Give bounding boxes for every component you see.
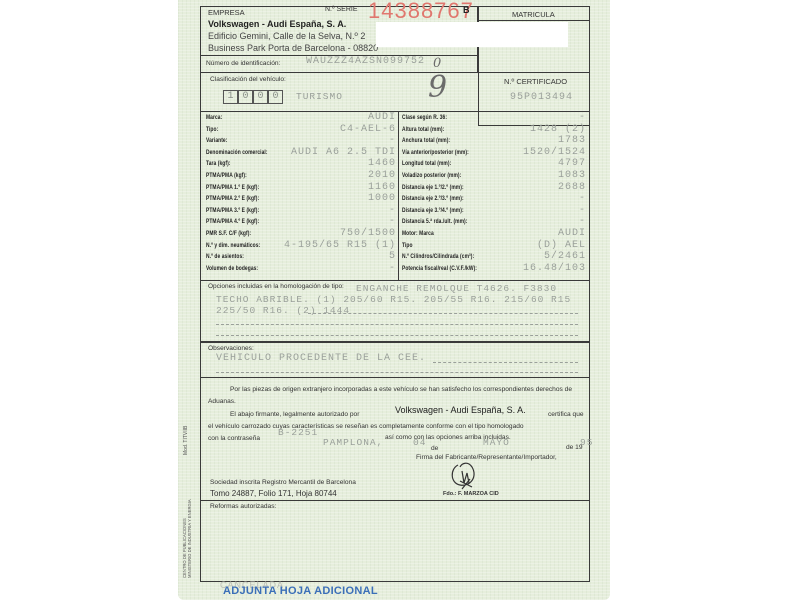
spec-label: Altura total (mm): [402,126,444,133]
spec-label: Tipo: [206,126,218,133]
place: PAMPLONA, [323,437,383,448]
vehicle-technical-card: EMPRESA Volkswagen - Audi España, S. A. … [178,0,610,600]
class-code-2: 0 [238,90,253,104]
spec-label: PTMA/PMA 3.º E (kgf): [206,207,259,214]
spec-label: PTMA/PMA 2.º E (kgf): [206,195,259,202]
spec-value: 1428 (2) [530,124,586,135]
identification-label: Número de identificación: [206,60,280,67]
serie-label: N.º SERIE [325,6,358,13]
spec-label: Vía anterior/posterior (mm): [402,149,469,156]
spec-value: AUDI [368,112,396,123]
adjunta-hoja-stamp: ADJUNTA HOJA ADICIONAL [223,585,378,597]
class-code-3: 0 [253,90,268,104]
spec-label: Marca: [206,114,222,121]
spec-label: PTMA/PMA 4.º E (kgf): [206,218,259,225]
classification-label: Clasificación del vehículo: [210,76,286,83]
spec-value: AUDI [558,228,586,239]
publisher-text: CENTRO DE PUBLICACIONES MINISTERIO DE IN… [182,498,192,578]
spec-value: 2010 [368,170,396,181]
spec-label: N.º Cilindros/Cilindrada (cm³): [402,253,474,260]
spec-label: Distancia 5.ª rda./ult. (mm): [402,218,467,225]
spec-label: Distancia eje 3.º/4.º (mm): [402,207,464,214]
vehicle-type: TURISMO [296,91,343,102]
spec-value: (D) AEL [537,240,586,251]
options-line-1: ENGANCHE REMOLQUE T4626. F3830 [356,283,557,294]
spec-value: 1520/1524 [523,147,586,158]
spec-value: - [579,205,586,216]
company-name: Volkswagen - Audi España, S. A. [208,19,346,29]
spec-value: 1783 [558,135,586,146]
spec-label: Longitud total (mm): [402,160,451,167]
handwritten-mark-0: 0 [433,56,441,71]
options-label: Opciones incluidas en la homologación de… [208,283,344,290]
spec-label: Distancia eje 2.º/3.º (mm): [402,195,464,202]
date-de-1: de [431,445,438,452]
spec-value: - [389,205,396,216]
registry-line-1: Sociedad inscrita Registro Mercantil de … [210,479,356,486]
spec-label: Variante: [206,137,227,144]
observations-value: VEHICULO PROCEDENTE DE LA CEE. [216,353,426,364]
conformity-text: el vehículo carrozado cuyas característi… [208,423,524,430]
spec-value: 16.48/103 [523,263,586,274]
matricula-label: MATRICULA [512,10,555,19]
redacted-area [376,22,568,47]
signer-prefix: El abajo firmante, legalmente autorizado… [230,411,359,418]
spec-value: 5 [389,251,396,262]
spec-label: Distancia eje 1.º/2.º (mm): [402,184,464,191]
certificado-label: N.º CERTIFICADO [504,77,567,86]
day: 04 [413,437,426,448]
spec-value: 1083 [558,170,586,181]
reforms-label: Reformas autorizadas: [210,503,276,510]
spec-value: - [579,112,586,123]
spec-value: C4-AEL-6 [340,124,396,135]
vin-value: WAUZZZ4AZSN099752 [306,56,425,67]
certificado-value: 95P013494 [510,92,573,103]
spec-label: Tara (kgf): [206,160,231,167]
options-line-2: TECHO ABRIBLE. (1) 205/60 R15. 205/55 R1… [216,294,571,305]
contrasena-prefix: con la contraseña [208,435,260,442]
spec-value: 4-195/65 R15 (1) [284,240,396,251]
spec-value: - [579,216,586,227]
spec-value: - [389,216,396,227]
spec-value: - [389,135,396,146]
spec-value: 5/2461 [544,251,586,262]
serie-suffix: B [463,5,470,15]
spec-value: AUDI A6 2.5 TDI [291,147,396,158]
class-code-1: 1 [223,90,238,104]
spec-label: Anchura total (mm): [402,137,450,144]
spec-label: Volumen de bodegas: [206,265,258,272]
empresa-label: EMPRESA [208,8,245,17]
address-line-1: Edificio Gemini, Calle de la Selva, N.º … [208,31,365,41]
address-line-2: Business Park Porta de Barcelona - 08820 [208,43,378,53]
spec-value: 2688 [558,182,586,193]
spec-label: PMR S.F. C/F (kgf): [206,230,251,237]
spec-label: N.º de asientos: [206,253,244,260]
firma-label: Firma del Fabricante/Representante/Impor… [416,454,557,461]
handwritten-mark-9: 9 [428,70,447,105]
spec-label: PTMA/PMA 1.º E (kgf): [206,184,259,191]
month: MAYO [483,437,510,448]
spec-value: 1460 [368,158,396,169]
contrasena-value: B-2251 [278,427,318,438]
spec-label: Denominación comercial: [206,149,268,156]
observations-label: Observaciones: [208,345,254,352]
class-code-4: 0 [268,90,283,104]
spec-value: 750/1500 [340,228,396,239]
spec-label: Voladizo posterior (mm): [402,172,461,179]
spec-label: PTMA/PMA (kgf): [206,172,247,179]
registry-line-2: Tomo 24887, Folio 171, Hoja 80744 [210,489,337,498]
spec-value: - [389,263,396,274]
reforms-box [200,500,590,582]
model-code: Mod. TITVIIB [183,426,189,455]
year: 95 [580,437,593,448]
firmante: Fdo.: F. MARZOA CID [443,491,499,497]
spec-label: Tipo [402,242,413,249]
serie-number: 14388767 [368,0,474,24]
spec-value: - [579,193,586,204]
spec-value: 4797 [558,158,586,169]
spec-label: Potencia fiscal/real (C.V.F./kW): [402,265,477,272]
spec-label: Clase según R. 36: [402,114,447,121]
spec-label: Motor: Marca [402,230,434,237]
spec-label: N.º y dim. neumáticos: [206,242,260,249]
signer-company: Volkswagen - Audi España, S. A. [395,405,526,415]
options-line-3: 225/50 R16. (2) 1444 [216,305,350,316]
signer-suffix: certifica que [548,411,584,418]
spec-value: 1000 [368,193,396,204]
spec-value: 1160 [368,182,396,193]
